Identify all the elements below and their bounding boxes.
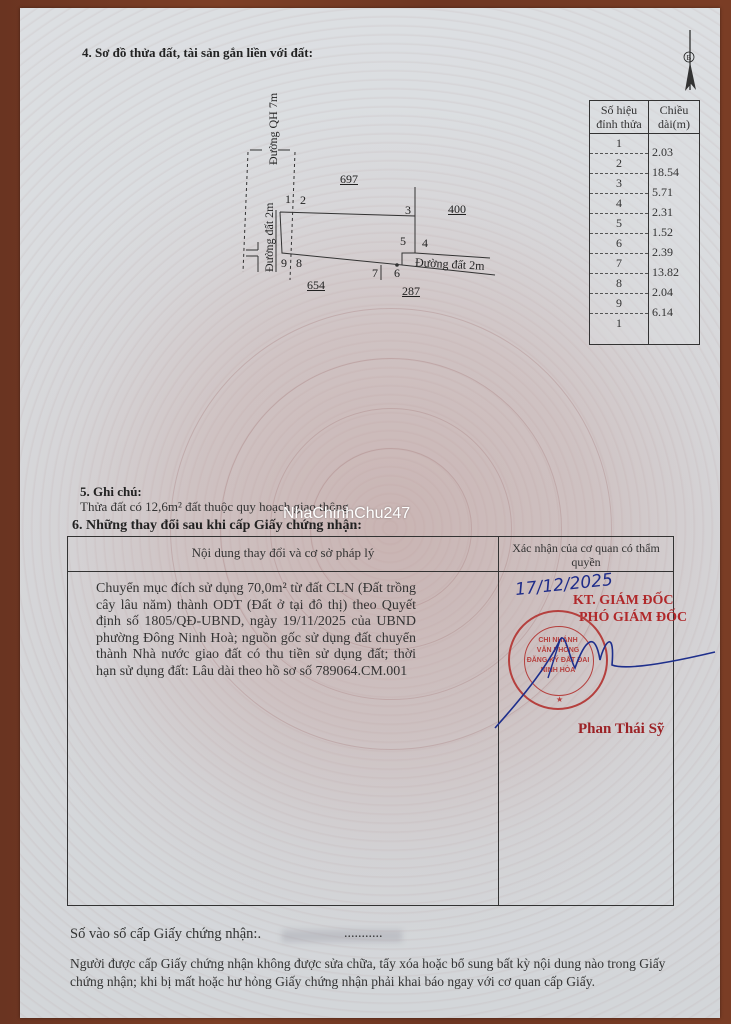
header-divider xyxy=(68,571,673,572)
point-8: 8 xyxy=(296,256,302,271)
stamp-line: CHI NHÁNH xyxy=(510,636,606,646)
point-cell: 1 xyxy=(590,314,649,345)
length-cell: 13.82 xyxy=(649,263,700,283)
stamp-line: ĐĂNG KÝ ĐẤT ĐAI xyxy=(510,656,606,666)
point-7: 7 xyxy=(372,266,378,281)
header-content: Nội dung thay đổi và cơ sở pháp lý xyxy=(68,545,498,561)
point-6: 6 xyxy=(394,266,400,281)
stamp-line: VĂN PHÒNG xyxy=(510,646,606,656)
footer-note: Người được cấp Giấy chứng nhận không đượ… xyxy=(70,955,680,991)
registration-label: Số vào sổ cấp Giấy chứng nhận:. xyxy=(70,926,261,943)
length-cell: 1.52 xyxy=(649,223,700,243)
point-cell: 7 xyxy=(590,254,649,274)
parcel-654: 654 xyxy=(307,278,325,293)
point-cell: 5 xyxy=(590,214,649,234)
length-cell: 2.31 xyxy=(649,203,700,223)
table-row: 12.03 xyxy=(590,134,700,154)
star-icon: ★ xyxy=(556,695,563,704)
change-content: Chuyển mục đích sử dụng 70,0m² từ đất CL… xyxy=(96,581,416,681)
length-cell: 2.39 xyxy=(649,243,700,263)
watermark-text: NhaChinhChu247 xyxy=(283,505,410,523)
length-cell: 6.14 xyxy=(649,303,700,323)
signer-name: Phan Thái Sỹ xyxy=(578,721,664,738)
redacted-registration-number xyxy=(282,930,402,942)
length-cell: 18.54 xyxy=(649,163,700,183)
header-point: Số hiệu đỉnh thửa xyxy=(590,101,649,134)
point-cell: 2 xyxy=(590,154,649,174)
north-arrow-icon: B xyxy=(684,30,696,91)
edge-length-table: Số hiệu đỉnh thửa Chiều dài(m) 12.03218.… xyxy=(589,100,700,345)
length-cell: 5.71 xyxy=(649,183,700,203)
road-left-label: Đường đất 2m xyxy=(262,202,277,272)
point-4: 4 xyxy=(422,236,428,251)
point-2: 2 xyxy=(300,193,306,208)
stamp-line: NINH HÒA xyxy=(510,666,606,676)
point-9: 9 xyxy=(281,256,287,271)
road-qh-label: Đường QH 7m xyxy=(266,93,281,165)
parcel-287: 287 xyxy=(402,284,420,299)
point-cell: 9 xyxy=(590,294,649,314)
header-confirmation: Xác nhận của cơ quan có thẩm quyền xyxy=(499,541,673,569)
official-stamp: CHI NHÁNH VĂN PHÒNG ĐĂNG KÝ ĐẤT ĐAI NINH… xyxy=(508,610,608,710)
point-cell: 6 xyxy=(590,234,649,254)
point-5: 5 xyxy=(400,234,406,249)
point-cell: 3 xyxy=(590,174,649,194)
title-line-1: KT. GIÁM ĐỐC xyxy=(573,592,687,609)
svg-text:B: B xyxy=(687,54,692,62)
point-3: 3 xyxy=(405,203,411,218)
point-cell: 1 xyxy=(590,134,649,154)
length-cell: 2.04 xyxy=(649,283,700,303)
parcel-400: 400 xyxy=(448,202,466,217)
point-cell: 8 xyxy=(590,274,649,294)
column-divider xyxy=(498,537,499,905)
header-length: Chiều dài(m) xyxy=(649,101,700,134)
length-cell xyxy=(649,323,700,354)
length-cell: 2.03 xyxy=(649,143,700,163)
stamp-text: CHI NHÁNH VĂN PHÒNG ĐĂNG KÝ ĐẤT ĐAI NINH… xyxy=(510,636,606,676)
point-cell: 4 xyxy=(590,194,649,214)
point-1: 1 xyxy=(285,192,291,207)
section-5-title: 5. Ghi chú: xyxy=(80,484,142,500)
registration-dots: ........... xyxy=(344,926,383,942)
parcel-697: 697 xyxy=(340,172,358,187)
